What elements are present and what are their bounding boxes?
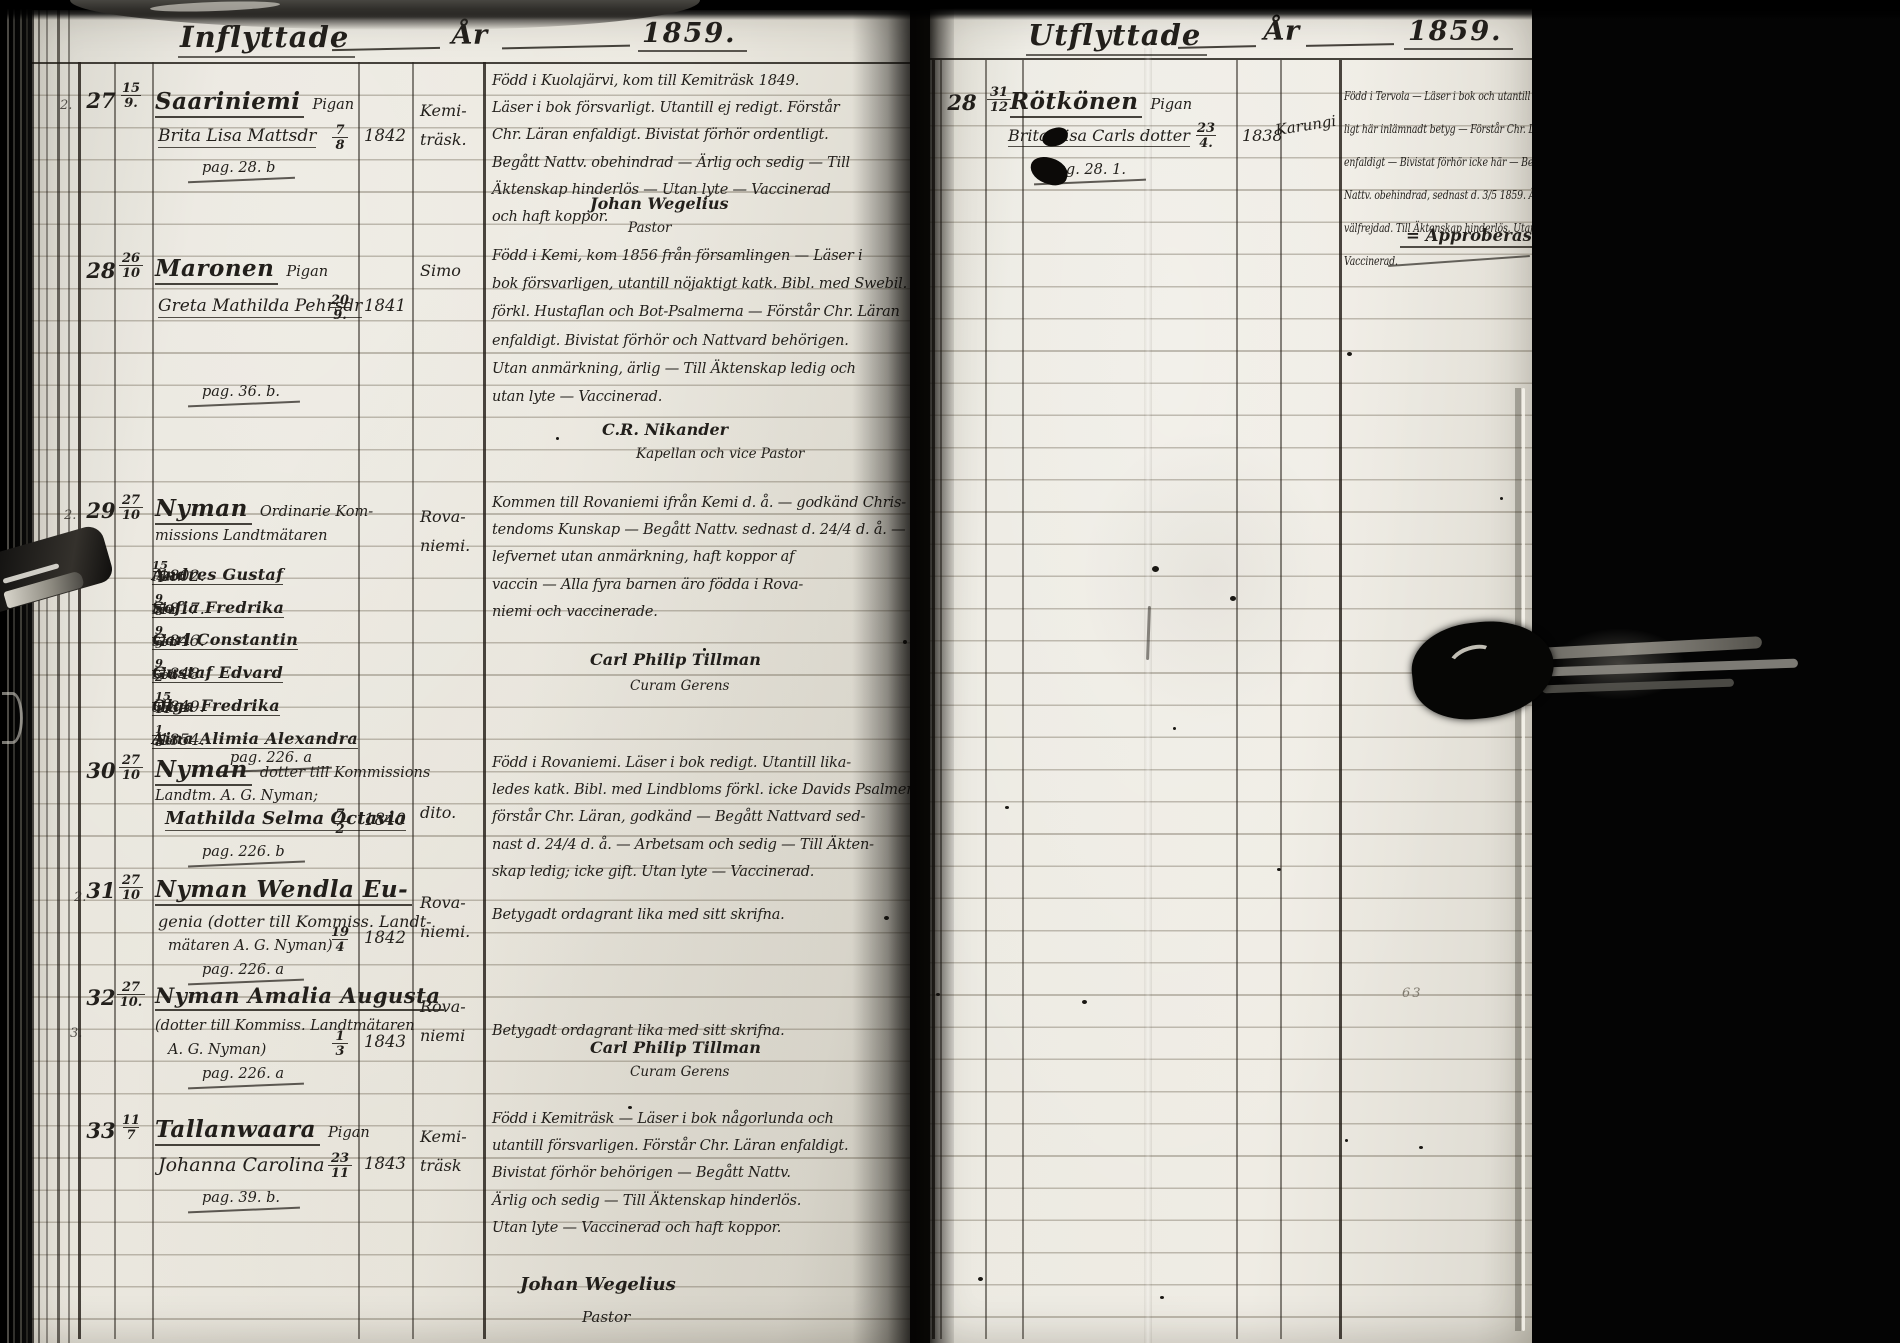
page-stack-streak bbox=[20, 0, 22, 1343]
margin-mark: 2. bbox=[60, 98, 72, 113]
year-value: 1859. bbox=[638, 18, 747, 52]
origin-place: Kemi-träsk. bbox=[420, 96, 467, 154]
entry-person-2: mätaren A. G. Nyman) bbox=[168, 938, 333, 954]
birth-date: 209. bbox=[324, 294, 356, 322]
page-curl bbox=[1522, 388, 1525, 1331]
page-edge-line bbox=[57, 10, 60, 1343]
year-value: 1859. bbox=[1404, 16, 1513, 50]
page-ref: pag. 226. a bbox=[202, 1066, 284, 1082]
signature: Carl Philip Tillman bbox=[590, 1038, 761, 1057]
year-label: År bbox=[1264, 16, 1299, 47]
page-edge-line bbox=[46, 10, 48, 1343]
surname: Rötkönen bbox=[1010, 88, 1142, 118]
epithet: Pigan bbox=[328, 1125, 370, 1141]
signature: Johan Wegelius bbox=[520, 1274, 676, 1295]
ink-speck bbox=[1345, 1139, 1348, 1142]
birth-year: 1843 bbox=[364, 1032, 406, 1051]
column-rule bbox=[1236, 60, 1238, 1339]
page-stack-streak bbox=[13, 0, 15, 1343]
header-dash bbox=[502, 45, 630, 50]
page-title: Utflyttade bbox=[1026, 18, 1207, 56]
surname: Nyman bbox=[155, 756, 252, 786]
signature: Carl Philip Tillman bbox=[590, 650, 761, 669]
ink-speck bbox=[978, 1277, 983, 1281]
ink-speck bbox=[1173, 727, 1176, 730]
page-ref: pag. 39. b. bbox=[202, 1190, 280, 1206]
signature-title: Curam Gerens bbox=[630, 678, 729, 694]
column-rule bbox=[1280, 60, 1282, 1339]
entry-name: SaariniemiPigan bbox=[155, 88, 354, 115]
epithet: Ordinarie Kom- bbox=[260, 504, 373, 520]
entry-date: 2710 bbox=[112, 874, 150, 902]
birth-year: 1840 bbox=[364, 810, 406, 829]
ink-speck bbox=[556, 437, 559, 440]
column-rule bbox=[985, 60, 987, 1339]
entry-remarks: Betygadt ordagrant lika med sitt skrifna… bbox=[492, 902, 785, 929]
signature-title: Pastor bbox=[628, 220, 671, 236]
entry-person: Landtm. A. G. Nyman; bbox=[155, 788, 318, 804]
ink-speck bbox=[1160, 1296, 1164, 1299]
ink-speck bbox=[1230, 596, 1236, 601]
entry-person: Johanna Carolina bbox=[158, 1154, 325, 1176]
entry-date: 2710 bbox=[112, 754, 150, 782]
page-header-right: Utflyttade År 1859. bbox=[930, 14, 1532, 60]
epithet: Pigan bbox=[312, 97, 354, 113]
birth-date: 194 bbox=[324, 926, 356, 954]
epithet: Pigan bbox=[1150, 97, 1192, 113]
column-rule bbox=[1022, 60, 1024, 1339]
origin-place: Rova-niemi. bbox=[420, 888, 470, 946]
ink-speck bbox=[628, 1106, 632, 1109]
birth-date: 2311 bbox=[324, 1152, 356, 1180]
entry-name: Nymandotter till Kommissions bbox=[155, 756, 430, 783]
header-dash bbox=[1306, 43, 1394, 47]
column-rule bbox=[78, 62, 81, 1339]
signature: C.R. Nikander bbox=[602, 420, 728, 439]
entry-remarks: Född i Tervola — Läser i bok och utantil… bbox=[1344, 80, 1532, 278]
header-dash bbox=[1178, 45, 1256, 49]
entry-person: Brita Lisa Mattsdr bbox=[158, 126, 316, 148]
stain bbox=[1080, 428, 1340, 728]
surname: Nyman Wendla Eu- bbox=[155, 876, 412, 906]
document-scan: Inflyttade År 1859. 2. 2. 2. 3. 27 159. … bbox=[0, 0, 1900, 1343]
edge-scratch bbox=[2, 692, 23, 744]
entry-remarks: Född i Rovaniemi. Läser i bok redigt. Ut… bbox=[492, 750, 910, 886]
birth-year: 1842 bbox=[364, 126, 406, 145]
book-clip bbox=[0, 515, 135, 660]
entry-person-2: A. G. Nyman) bbox=[168, 1042, 266, 1058]
entry-date: 2610 bbox=[112, 252, 150, 280]
family-members: HerrAndres Gustaf—1541802.FruSofia Fredr… bbox=[152, 552, 428, 749]
entry-date: 2710. bbox=[112, 981, 150, 1009]
ink-speck bbox=[1347, 352, 1352, 356]
surname: Saariniemi bbox=[155, 88, 304, 118]
ink-speck bbox=[1277, 868, 1281, 871]
entry-date: 159. bbox=[112, 82, 150, 110]
entry-remarks: Kommen till Rovaniemi ifrån Kemi d. å. —… bbox=[492, 490, 910, 626]
entry-name: NymanOrdinarie Kom- bbox=[155, 495, 373, 522]
entry-name: TallanwaaraPigan bbox=[155, 1116, 370, 1143]
signature-title: Pastor bbox=[582, 1308, 630, 1326]
approval-note: = Approberas bbox=[1400, 226, 1532, 248]
page-edge-line bbox=[68, 10, 70, 1343]
surname: Tallanwaara bbox=[155, 1116, 320, 1146]
birth-date: 78 bbox=[324, 124, 356, 152]
ink-speck bbox=[1500, 497, 1503, 500]
ink-speck bbox=[1005, 806, 1009, 809]
origin-place: Kemi-träsk bbox=[420, 1122, 467, 1180]
scan-edge-left bbox=[0, 0, 32, 1343]
ink-speck bbox=[1082, 1000, 1087, 1004]
entry-name: RötkönenPigan bbox=[1010, 88, 1192, 115]
column-rule bbox=[1339, 60, 1342, 1339]
signature-title: Curam Gerens bbox=[630, 1064, 729, 1080]
birth-year: 1842 bbox=[364, 928, 406, 947]
entry-name: Nyman Wendla Eu- bbox=[155, 876, 412, 903]
entry-name: Nyman Amalia Augusta bbox=[155, 983, 444, 1008]
birth-year: 1841 bbox=[364, 296, 406, 315]
page-crease bbox=[1144, 48, 1152, 1343]
margin-mark: 3. bbox=[70, 1026, 82, 1041]
page-stack-streak bbox=[7, 0, 9, 1343]
birth-date: 234. bbox=[1190, 122, 1222, 150]
origin-place: Simo bbox=[420, 256, 461, 285]
page-ref: pag. 226. a bbox=[202, 962, 284, 978]
ink-speck bbox=[703, 648, 706, 651]
surname: Maronen bbox=[155, 255, 278, 285]
entry-date: 117 bbox=[112, 1114, 150, 1142]
page-ref: pag. 36. b. bbox=[202, 384, 280, 400]
surname: Nyman bbox=[155, 495, 252, 525]
column-rule bbox=[483, 62, 486, 1339]
surname: Nyman Amalia Augusta bbox=[155, 983, 444, 1011]
birth-year: 1843 bbox=[364, 1154, 406, 1173]
epithet: Pigan bbox=[286, 264, 328, 280]
header-rule bbox=[30, 62, 910, 64]
book-gutter bbox=[852, 0, 954, 1343]
pencil-mark: 63 bbox=[1402, 986, 1423, 1001]
entry-remarks: Född i Kemiträsk — Läser i bok någorlund… bbox=[492, 1106, 848, 1242]
signature: Johan Wegelius bbox=[590, 194, 728, 213]
ink-speck bbox=[1152, 566, 1159, 572]
entry-name: MaronenPigan bbox=[155, 255, 328, 282]
origin-place: Rova-niemi bbox=[420, 992, 466, 1050]
page-edge-line bbox=[38, 10, 40, 1343]
epithet: dotter till Kommissions bbox=[260, 765, 430, 781]
birth-date: 13 bbox=[324, 1030, 356, 1058]
page-ref: pag. 226. b bbox=[202, 844, 285, 860]
page-stack-streak bbox=[26, 0, 28, 1343]
origin-place: Rova-niemi. bbox=[420, 502, 470, 560]
entry-person: Brita Lisa Carls dotter bbox=[1008, 126, 1190, 147]
left-page: Inflyttade År 1859. 2. 2. 2. 3. 27 159. … bbox=[30, 10, 910, 1343]
signature-title: Kapellan och vice Pastor bbox=[636, 446, 804, 462]
entry-remarks: Född i Kemi, kom 1856 från församlingen … bbox=[492, 242, 907, 411]
ink-speck bbox=[1419, 1146, 1423, 1149]
page-curl-shadow bbox=[1515, 388, 1521, 1331]
origin-place: dito. bbox=[420, 798, 456, 827]
birth-date: 72 bbox=[324, 808, 356, 836]
margin-mark: 2. bbox=[74, 890, 86, 905]
entry-person: missions Landtmätaren bbox=[155, 528, 327, 544]
page-ref: pag. 28. b bbox=[202, 160, 275, 176]
